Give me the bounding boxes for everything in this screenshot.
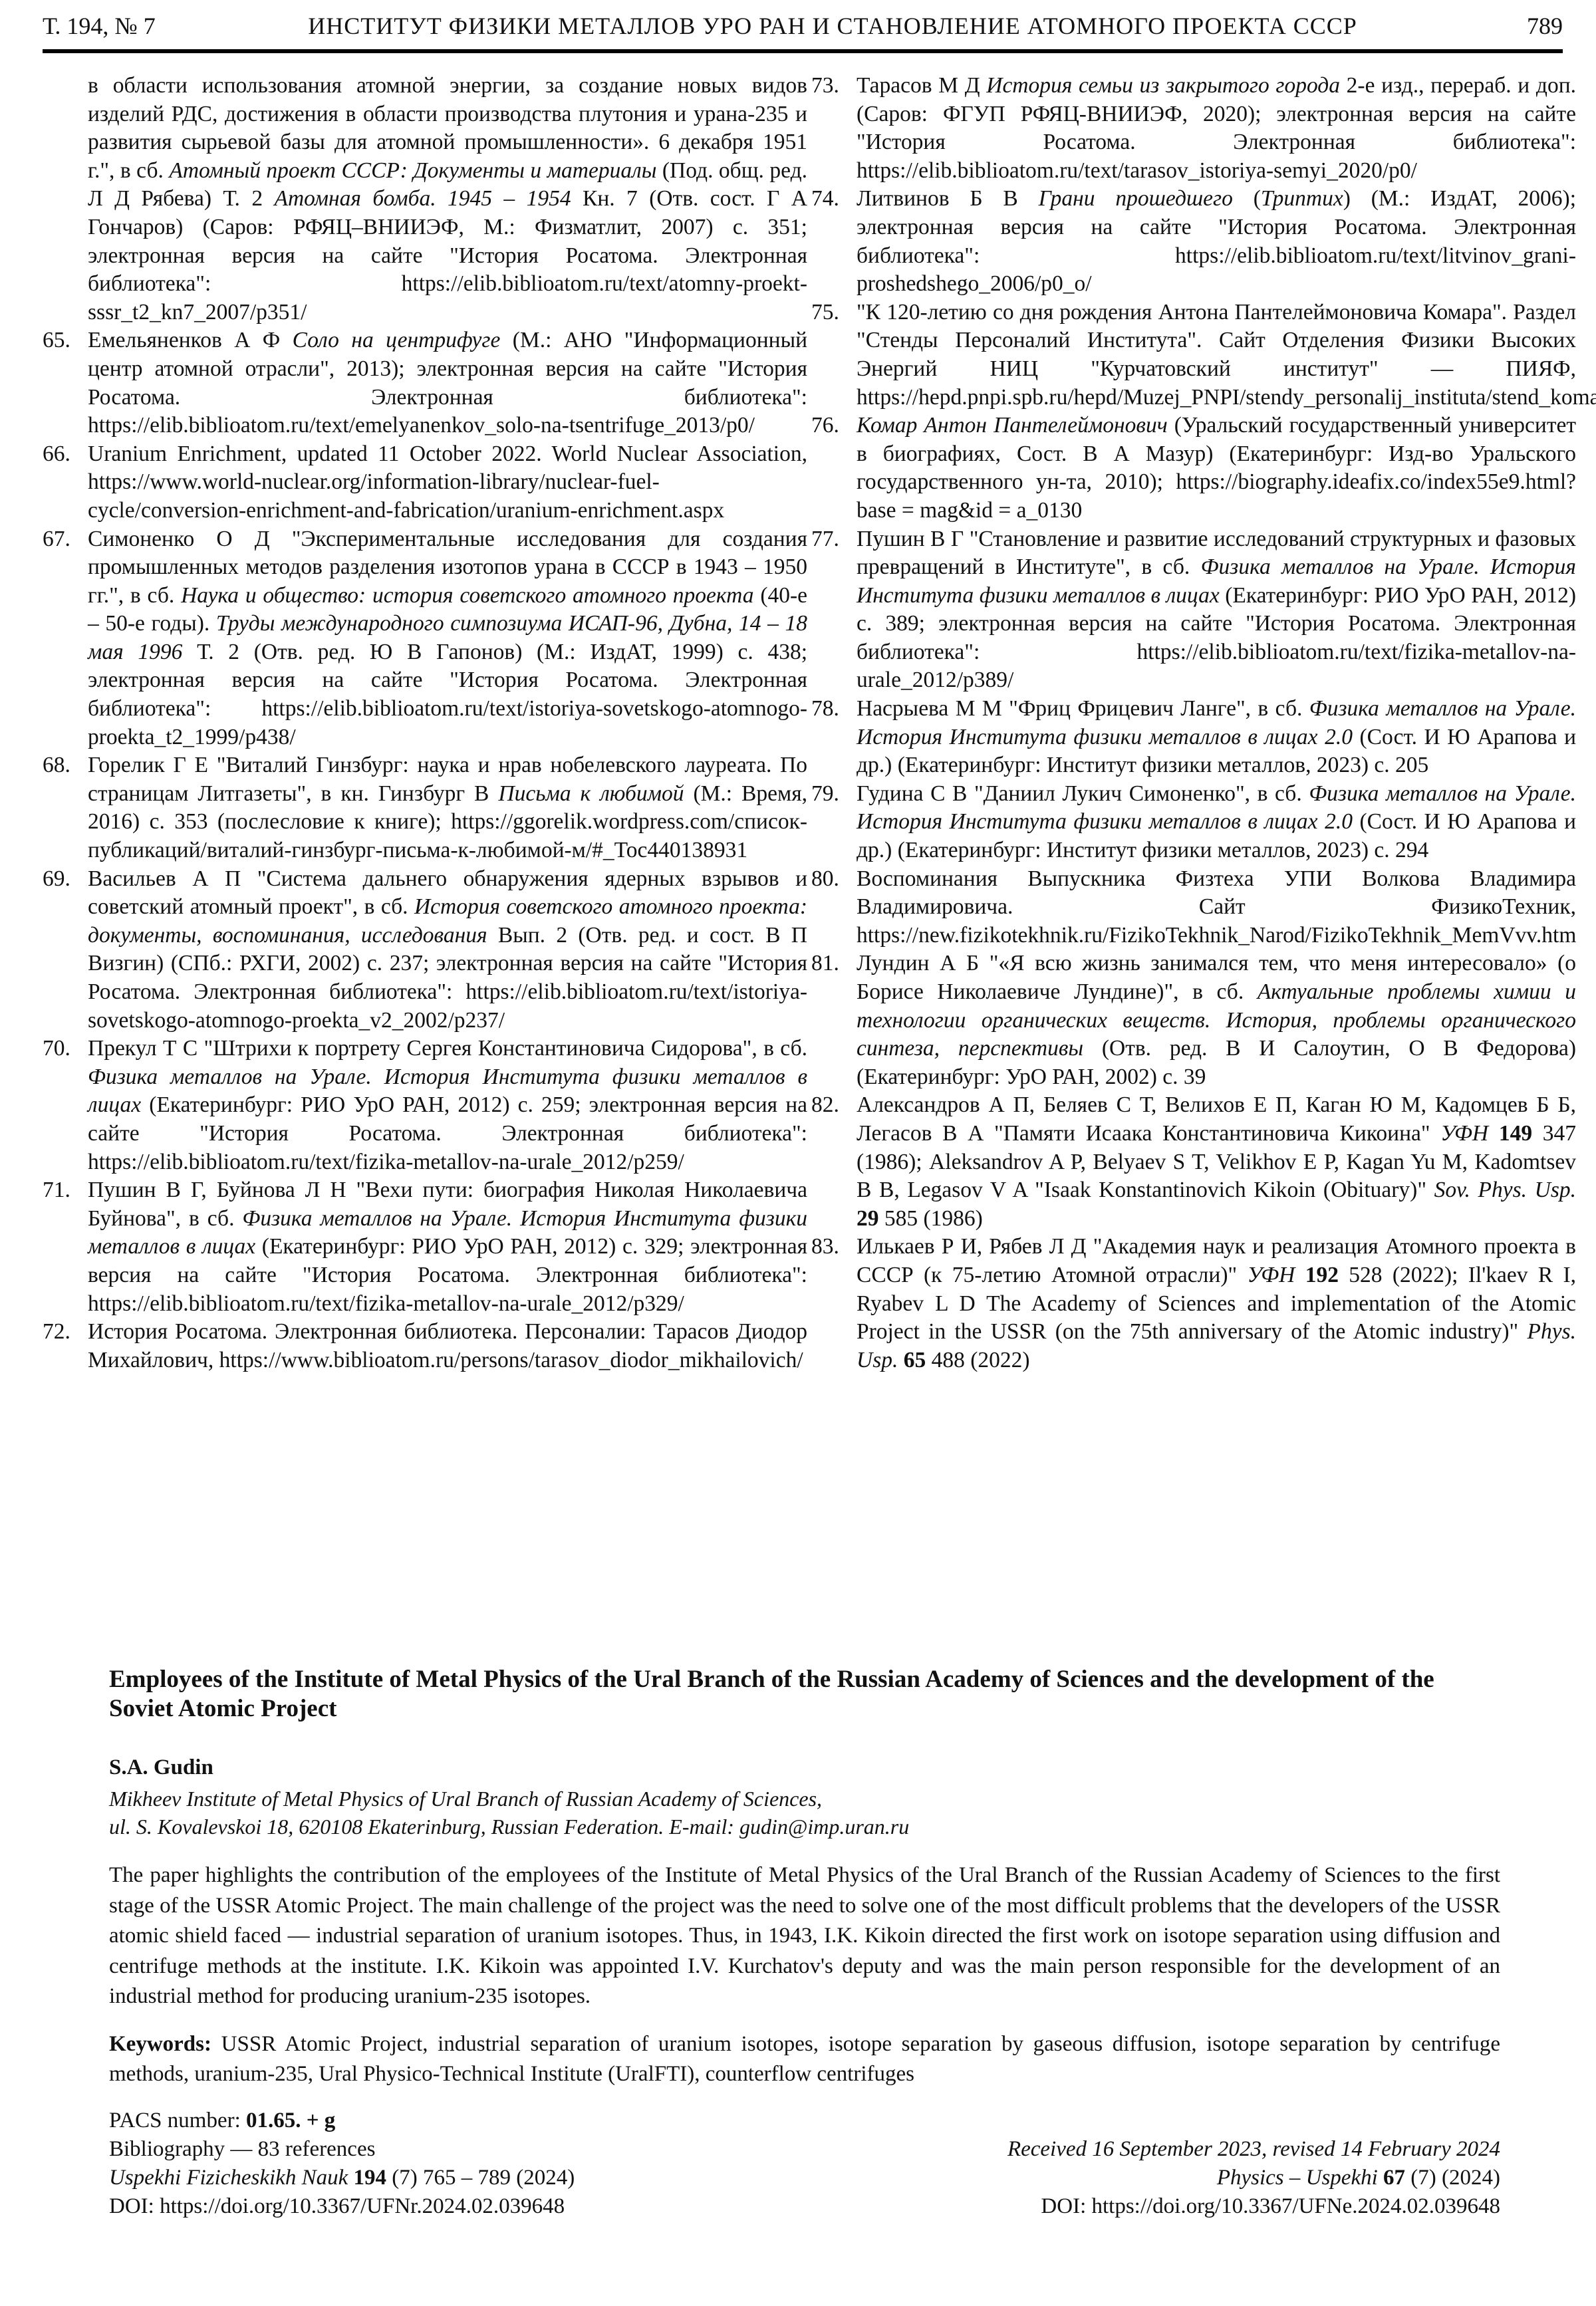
references-right-column: 73. Тарасов М Д История семьи из закрыто…: [811, 72, 1576, 1374]
reference-number: 82.: [811, 1091, 839, 1120]
reference-72: 72. История Росатома. Электронная библио…: [43, 1318, 807, 1374]
physics-uspekhi-citation: Physics – Uspekhi 67 (7) (2024): [1217, 2164, 1500, 2192]
received-date: Received 16 September 2023, revised 14 F…: [1007, 2135, 1500, 2164]
reference-number: 65.: [43, 326, 70, 355]
references-left-column: в области использования атомной энергии,…: [43, 72, 807, 1374]
reference-83: 83. Илькаев Р И, Рябев Л Д "Академия нау…: [811, 1233, 1576, 1374]
reference-number: 78.: [811, 695, 839, 723]
reference-number: 79.: [811, 780, 839, 809]
reference-number: 76.: [811, 412, 839, 440]
abstract-text: The paper highlights the contribution of…: [109, 1860, 1500, 2012]
reference-64-continuation: в области использования атомной энергии,…: [43, 72, 807, 326]
page-number: 789: [1527, 12, 1563, 40]
running-title: ИНСТИТУТ ФИЗИКИ МЕТАЛЛОВ УРО РАН И СТАНО…: [182, 12, 1483, 40]
doi-english-link[interactable]: DOI: https://doi.org/10.3367/UFNe.2024.0…: [1041, 2192, 1500, 2221]
reference-number: 70.: [43, 1035, 70, 1063]
reference-77: 77. Пушин В Г "Становление и развитие ис…: [811, 525, 1576, 696]
english-title: Employees of the Institute of Metal Phys…: [109, 1665, 1500, 1724]
reference-number: 77.: [811, 525, 839, 554]
keywords-label: Keywords:: [109, 2032, 211, 2056]
reference-82: 82. Александров А П, Беляев С Т, Велихов…: [811, 1091, 1576, 1233]
pacs-number: PACS number: 01.65. + g: [109, 2107, 1500, 2135]
reference-71: 71. Пушин В Г, Буйнова Л Н "Вехи пути: б…: [43, 1176, 807, 1318]
article-metadata: PACS number: 01.65. + g Bibliography — 8…: [109, 2107, 1500, 2221]
running-header: Т. 194, № 7 ИНСТИТУТ ФИЗИКИ МЕТАЛЛОВ УРО…: [43, 12, 1563, 52]
reference-number: 72.: [43, 1318, 70, 1346]
reference-78: 78. Насрыева М М "Фриц Фрицевич Ланге", …: [811, 695, 1576, 780]
reference-81: 81. Лундин А Б "«Я всю жизнь занимался т…: [811, 950, 1576, 1091]
reference-75: 75. "К 120-летию со дня рождения Антона …: [811, 299, 1576, 412]
reference-79: 79. Гудина С В "Даниил Лукич Симоненко",…: [811, 780, 1576, 865]
keywords: Keywords: USSR Atomic Project, industria…: [109, 2029, 1500, 2089]
reference-number: 69.: [43, 865, 70, 894]
reference-68: 68. Горелик Г Е "Виталий Гинзбург: наука…: [43, 751, 807, 864]
reference-70: 70. Прекул Т С "Штрихи к портрету Сергея…: [43, 1035, 807, 1176]
reference-number: 74.: [811, 185, 839, 213]
reference-number: 80.: [811, 865, 839, 894]
author-affiliation: Mikheev Institute of Metal Physics of Ur…: [109, 1785, 1500, 1841]
reference-76: 76. Комар Антон Пантелеймонович (Уральск…: [811, 412, 1576, 525]
reference-number: 75.: [811, 299, 839, 327]
author-name: S.A. Gudin: [109, 1754, 1500, 1781]
reference-number: 81.: [811, 950, 839, 978]
english-abstract-block: Employees of the Institute of Metal Phys…: [109, 1665, 1500, 2221]
reference-number: 71.: [43, 1176, 70, 1205]
reference-number: 66.: [43, 440, 70, 469]
reference-67: 67. Симоненко О Д "Экспериментальные исс…: [43, 525, 807, 752]
reference-number: 73.: [811, 72, 839, 100]
reference-69: 69. Васильев А П "Система дальнего обнар…: [43, 865, 807, 1035]
doi-russian-link[interactable]: DOI: https://doi.org/10.3367/UFNr.2024.0…: [109, 2192, 565, 2221]
reference-80: 80. Воспоминания Выпускника Физтеха УПИ …: [811, 865, 1576, 950]
bibliography-count: Bibliography — 83 references: [109, 2135, 375, 2164]
reference-73: 73. Тарасов М Д История семьи из закрыто…: [811, 72, 1576, 185]
reference-number: 67.: [43, 525, 70, 554]
reference-66: 66. Uranium Enrichment, updated 11 Octob…: [43, 440, 807, 525]
header-rule: [43, 49, 1563, 53]
reference-74: 74. Литвинов Б В Грани прошедшего (Трипт…: [811, 185, 1576, 298]
ufn-citation: Uspekhi Fizicheskikh Nauk 194 (7) 765 – …: [109, 2164, 575, 2192]
reference-number: 83.: [811, 1233, 839, 1261]
reference-65: 65. Емельяненков А Ф Соло на центрифуге …: [43, 326, 807, 440]
volume-issue: Т. 194, № 7: [43, 12, 156, 40]
reference-number: 68.: [43, 751, 70, 780]
